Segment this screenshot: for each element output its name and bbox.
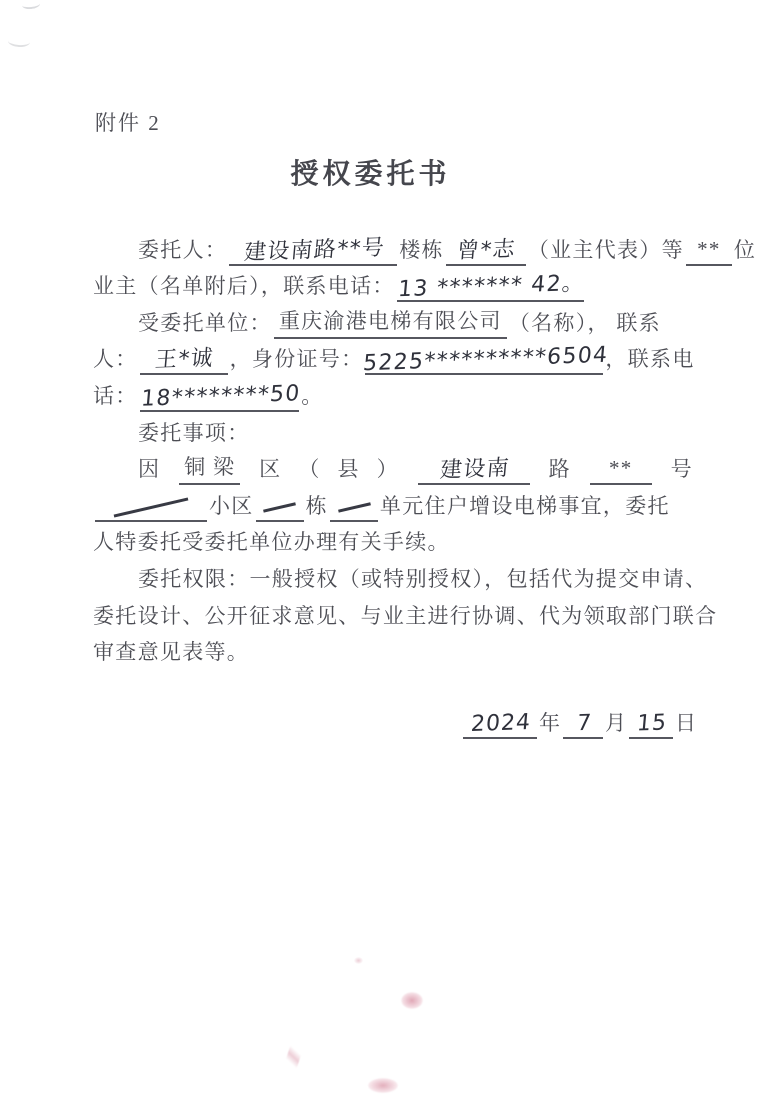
typed-text: 委托事项： bbox=[138, 417, 250, 449]
typed-text: 委托人： bbox=[138, 234, 227, 266]
filled-blank: ** bbox=[590, 451, 652, 485]
document-line: 委托设计、公开征求意见、与业主进行协调、代为领取部门联合 bbox=[93, 595, 693, 632]
stamp-bleed-mark bbox=[401, 992, 423, 1009]
typed-text: 人特委托受委托单位办理有关手续。 bbox=[93, 526, 450, 558]
filled-blank: 曾*志 bbox=[446, 232, 526, 266]
filled-blank: 建设南路**号 bbox=[229, 232, 397, 266]
filled-blank: 13 ******* 42。 bbox=[397, 268, 584, 302]
stamp-bleed-mark bbox=[283, 1041, 305, 1074]
handwritten-entry: 13 ******* 42。 bbox=[397, 273, 586, 304]
typed-text: 因 bbox=[138, 453, 160, 485]
handwritten-entry: 建设南 bbox=[439, 458, 511, 485]
typed-text: 话： bbox=[93, 380, 138, 412]
filled-blank: 王*诚 bbox=[140, 341, 228, 375]
date-line: 2024年7月15日 bbox=[461, 701, 697, 739]
document-line: 人特委托受委托单位办理有关手续。 bbox=[93, 522, 693, 559]
handwritten-entry: 曾*志 bbox=[456, 238, 517, 264]
handwritten-slash bbox=[338, 502, 370, 512]
typed-text: 楼栋 bbox=[399, 234, 444, 266]
handwritten-entry: 2024 bbox=[470, 712, 532, 738]
handwritten-entry: 18********50 bbox=[139, 383, 301, 413]
typed-text: 审查意见表等。 bbox=[93, 636, 249, 668]
handwritten-slash bbox=[263, 502, 295, 512]
typed-entry: ** bbox=[604, 456, 638, 483]
filled-blank: 重庆渝港电梯有限公司 bbox=[274, 305, 507, 339]
scanned-document-page: 附件 2 授权委托书 委托人：建设南路**号楼栋曾*志（业主代表）等**位业主（… bbox=[0, 0, 771, 1100]
document-title: 授权委托书 bbox=[93, 152, 648, 192]
typed-entry: 重庆渝港电梯有限公司 bbox=[274, 305, 507, 337]
document-body: 委托人：建设南路**号楼栋曾*志（业主代表）等**位业主（名单附后），联系电话：… bbox=[93, 229, 693, 668]
document-line: 小区栋单元住户增设电梯事宜，委托 bbox=[93, 485, 693, 522]
filled-blank: ** bbox=[686, 232, 732, 266]
typed-text: 月 bbox=[605, 707, 627, 739]
document-line: 话：18********50。 bbox=[93, 375, 693, 412]
typed-text: ，联系电 bbox=[605, 343, 694, 375]
typed-text: 年 bbox=[539, 707, 561, 739]
typed-text: 。 bbox=[301, 380, 323, 412]
underline-blank bbox=[95, 488, 207, 522]
typed-text: 委托权限：一般授权（或特别授权），包括代为提交申请、 bbox=[138, 563, 707, 595]
typed-text: （名称）， 联系 bbox=[509, 307, 661, 339]
handwritten-entry: 王*诚 bbox=[154, 348, 215, 374]
underline-blank bbox=[256, 488, 304, 522]
handwritten-entry: 5225**********6504 bbox=[362, 345, 609, 378]
handwritten-slash bbox=[114, 497, 189, 517]
typed-text: 人： bbox=[93, 343, 138, 375]
filled-blank: 建设南 bbox=[418, 451, 530, 485]
typed-text: 路 bbox=[549, 453, 571, 485]
typed-text: 区 bbox=[259, 453, 281, 485]
attachment-label: 附件 2 bbox=[95, 107, 161, 137]
typed-entry: 铜 梁 bbox=[179, 451, 240, 483]
document-line: 业主（名单附后），联系电话：13 ******* 42。 bbox=[93, 266, 693, 303]
underline-blank bbox=[330, 488, 378, 522]
filled-blank: 2024 bbox=[463, 707, 537, 739]
handwritten-entry: 建设南路**号 bbox=[242, 237, 385, 266]
document-line: 委托事项： bbox=[93, 412, 693, 449]
filled-blank: 18********50 bbox=[140, 378, 300, 412]
typed-text: ，身份证号： bbox=[230, 343, 364, 375]
typed-text: 位 bbox=[734, 234, 756, 266]
handwritten-entry: 7 bbox=[575, 713, 592, 738]
filled-blank: 15 bbox=[629, 707, 673, 739]
typed-text: 受委托单位： bbox=[138, 307, 272, 339]
typed-text: 单元住户增设电梯事宜，委托 bbox=[380, 490, 670, 522]
document-line: 因铜 梁区（县）建设南路**号 bbox=[93, 449, 693, 486]
typed-text: 小区 bbox=[209, 490, 254, 522]
filled-blank: 5225**********6504 bbox=[365, 341, 603, 375]
stamp-bleed-mark bbox=[354, 957, 363, 964]
typed-text: 县 bbox=[337, 453, 359, 485]
handwritten-entry: 15 bbox=[636, 712, 668, 737]
typed-text: 号 bbox=[671, 453, 693, 485]
typed-text: 日 bbox=[675, 707, 697, 739]
typed-text: （业主代表）等 bbox=[528, 234, 684, 266]
typed-text: 委托设计、公开征求意见、与业主进行协调、代为领取部门联合 bbox=[93, 600, 717, 632]
document-line: 委托人：建设南路**号楼栋曾*志（业主代表）等**位 bbox=[93, 229, 693, 266]
pen-scribble-mark bbox=[8, 35, 31, 48]
typed-text: 栋 bbox=[306, 490, 328, 522]
document-line: 人：王*诚，身份证号：5225**********6504，联系电 bbox=[93, 339, 693, 376]
document-line: 审查意见表等。 bbox=[93, 632, 693, 669]
filled-blank: 铜 梁 bbox=[179, 451, 240, 485]
filled-blank: 7 bbox=[563, 707, 603, 739]
pen-scribble-mark bbox=[22, 0, 41, 10]
typed-text: （ bbox=[298, 453, 320, 485]
typed-entry: ** bbox=[692, 237, 726, 264]
stamp-bleed-mark bbox=[368, 1078, 398, 1093]
typed-text: ） bbox=[377, 453, 399, 485]
typed-text: 业主（名单附后），联系电话： bbox=[93, 270, 395, 302]
document-line: 受委托单位：重庆渝港电梯有限公司（名称）， 联系 bbox=[93, 302, 693, 339]
document-line: 委托权限：一般授权（或特别授权），包括代为提交申请、 bbox=[93, 558, 693, 595]
